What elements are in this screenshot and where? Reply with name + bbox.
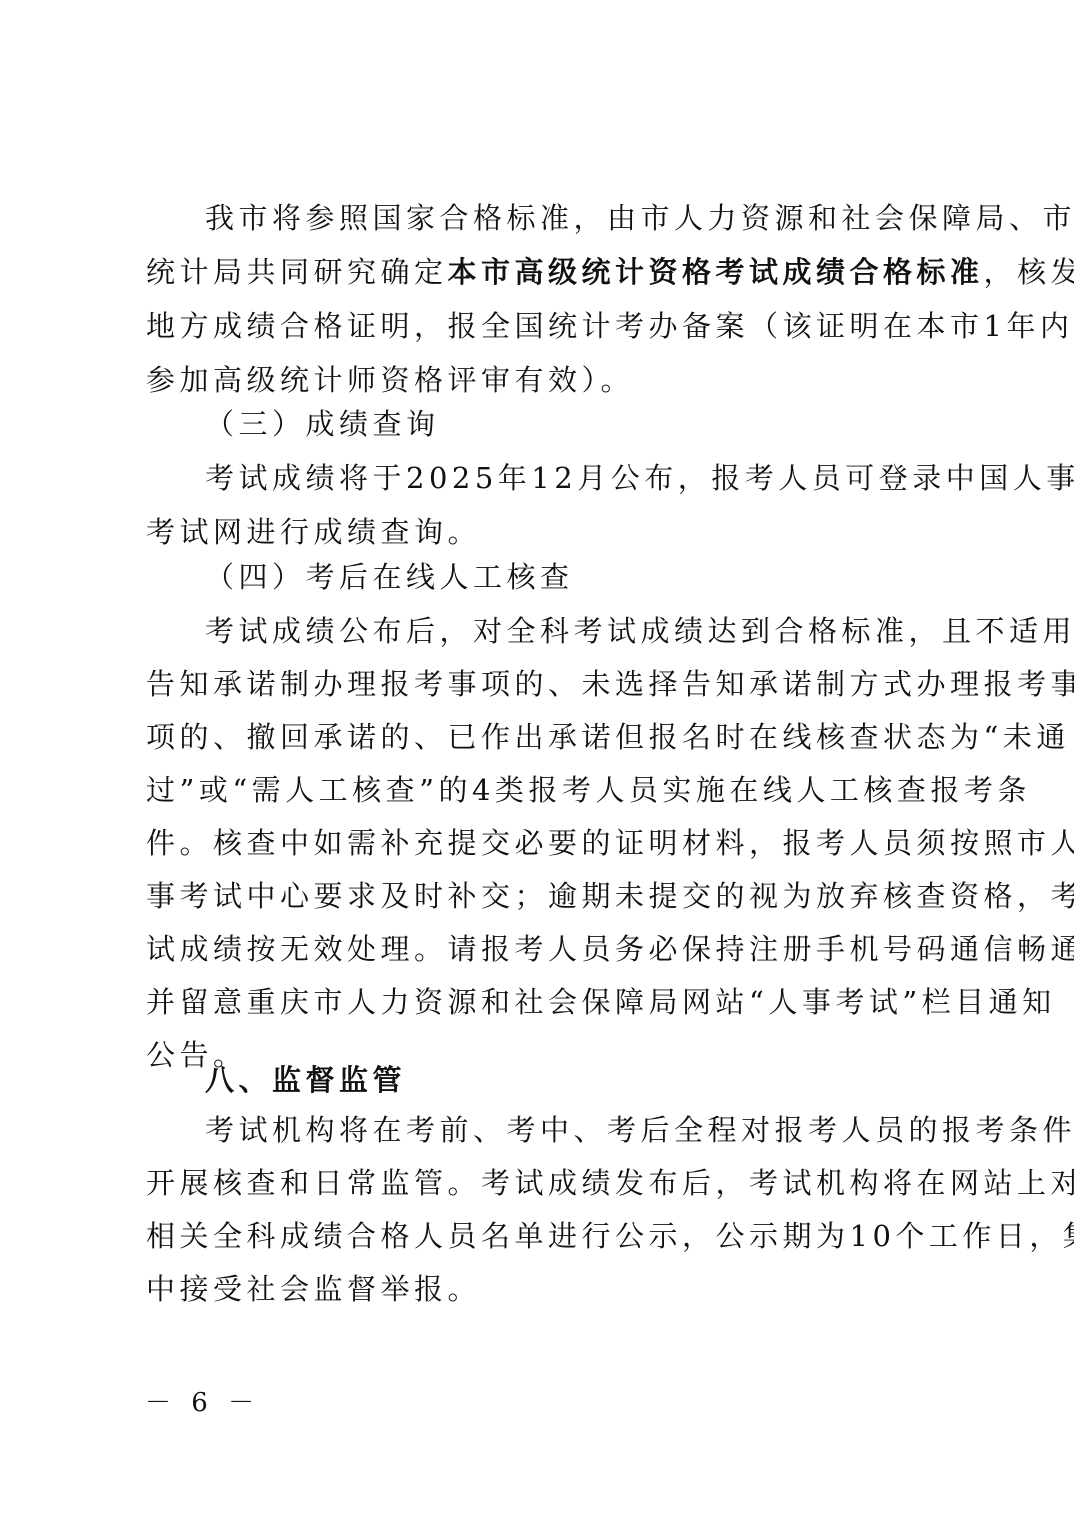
- page-number: － 6 －: [145, 1388, 260, 1418]
- paragraph-line: 试成绩按无效处理。请报考人员务必保持注册手机号码通信畅通，: [146, 931, 1074, 967]
- paragraph-line: 告知承诺制办理报考事项的、未选择告知承诺制方式办理报考事: [146, 666, 1074, 702]
- paragraph-line: 参加高级统计师资格评审有效）。: [146, 362, 634, 398]
- paragraph-line: 相关全科成绩合格人员名单进行公示，公示期为10个工作日，集: [146, 1218, 1074, 1254]
- paragraph-line: 考试成绩公布后，对全科考试成绩达到合格标准，且不适用: [205, 613, 1074, 649]
- paragraph-line: 中接受社会监督举报。: [146, 1271, 481, 1307]
- paragraph-line: 项的、撤回承诺的、已作出承诺但报名时在线核查状态为“未通: [146, 719, 1070, 755]
- paragraph-line: 考试机构将在考前、考中、考后全程对报考人员的报考条件: [205, 1112, 1074, 1148]
- paragraph-line: 地方成绩合格证明，报全国统计考办备案（该证明在本市1年内: [146, 308, 1073, 344]
- bold-emphasis: 本市高级统计资格考试成绩合格标准: [448, 255, 984, 289]
- paragraph-line: 件。核查中如需补充提交必要的证明材料，报考人员须按照市人: [146, 825, 1074, 861]
- text-span: ，核发: [984, 255, 1074, 289]
- document-page: 我市将参照国家合格标准，由市人力资源和社会保障局、市 统计局共同研究确定本市高级…: [0, 0, 1074, 1520]
- paragraph-line: 我市将参照国家合格标准，由市人力资源和社会保障局、市: [205, 200, 1074, 236]
- paragraph-line: 考试成绩将于2025年12月公布，报考人员可登录中国人事: [205, 460, 1074, 496]
- section-heading-results-query: （三）成绩查询: [205, 406, 440, 442]
- paragraph-line: 并留意重庆市人力资源和社会保障局网站“人事考试”栏目通知: [146, 984, 1056, 1020]
- paragraph-line: 开展核查和日常监管。考试成绩发布后，考试机构将在网站上对: [146, 1165, 1074, 1201]
- paragraph-line: 过”或“需人工核查”的4类报考人员实施在线人工核查报考条: [146, 772, 1031, 808]
- text-span: 统计局共同研究确定: [146, 255, 448, 289]
- paragraph-line: 考试网进行成绩查询。: [146, 514, 481, 550]
- section-heading-online-check: （四）考后在线人工核查: [205, 559, 574, 595]
- section-heading-supervision: 八、监督监管: [205, 1062, 406, 1098]
- paragraph-line: 事考试中心要求及时补交；逾期未提交的视为放弃核查资格，考: [146, 878, 1074, 914]
- paragraph-line: 统计局共同研究确定本市高级统计资格考试成绩合格标准，核发: [146, 254, 1074, 290]
